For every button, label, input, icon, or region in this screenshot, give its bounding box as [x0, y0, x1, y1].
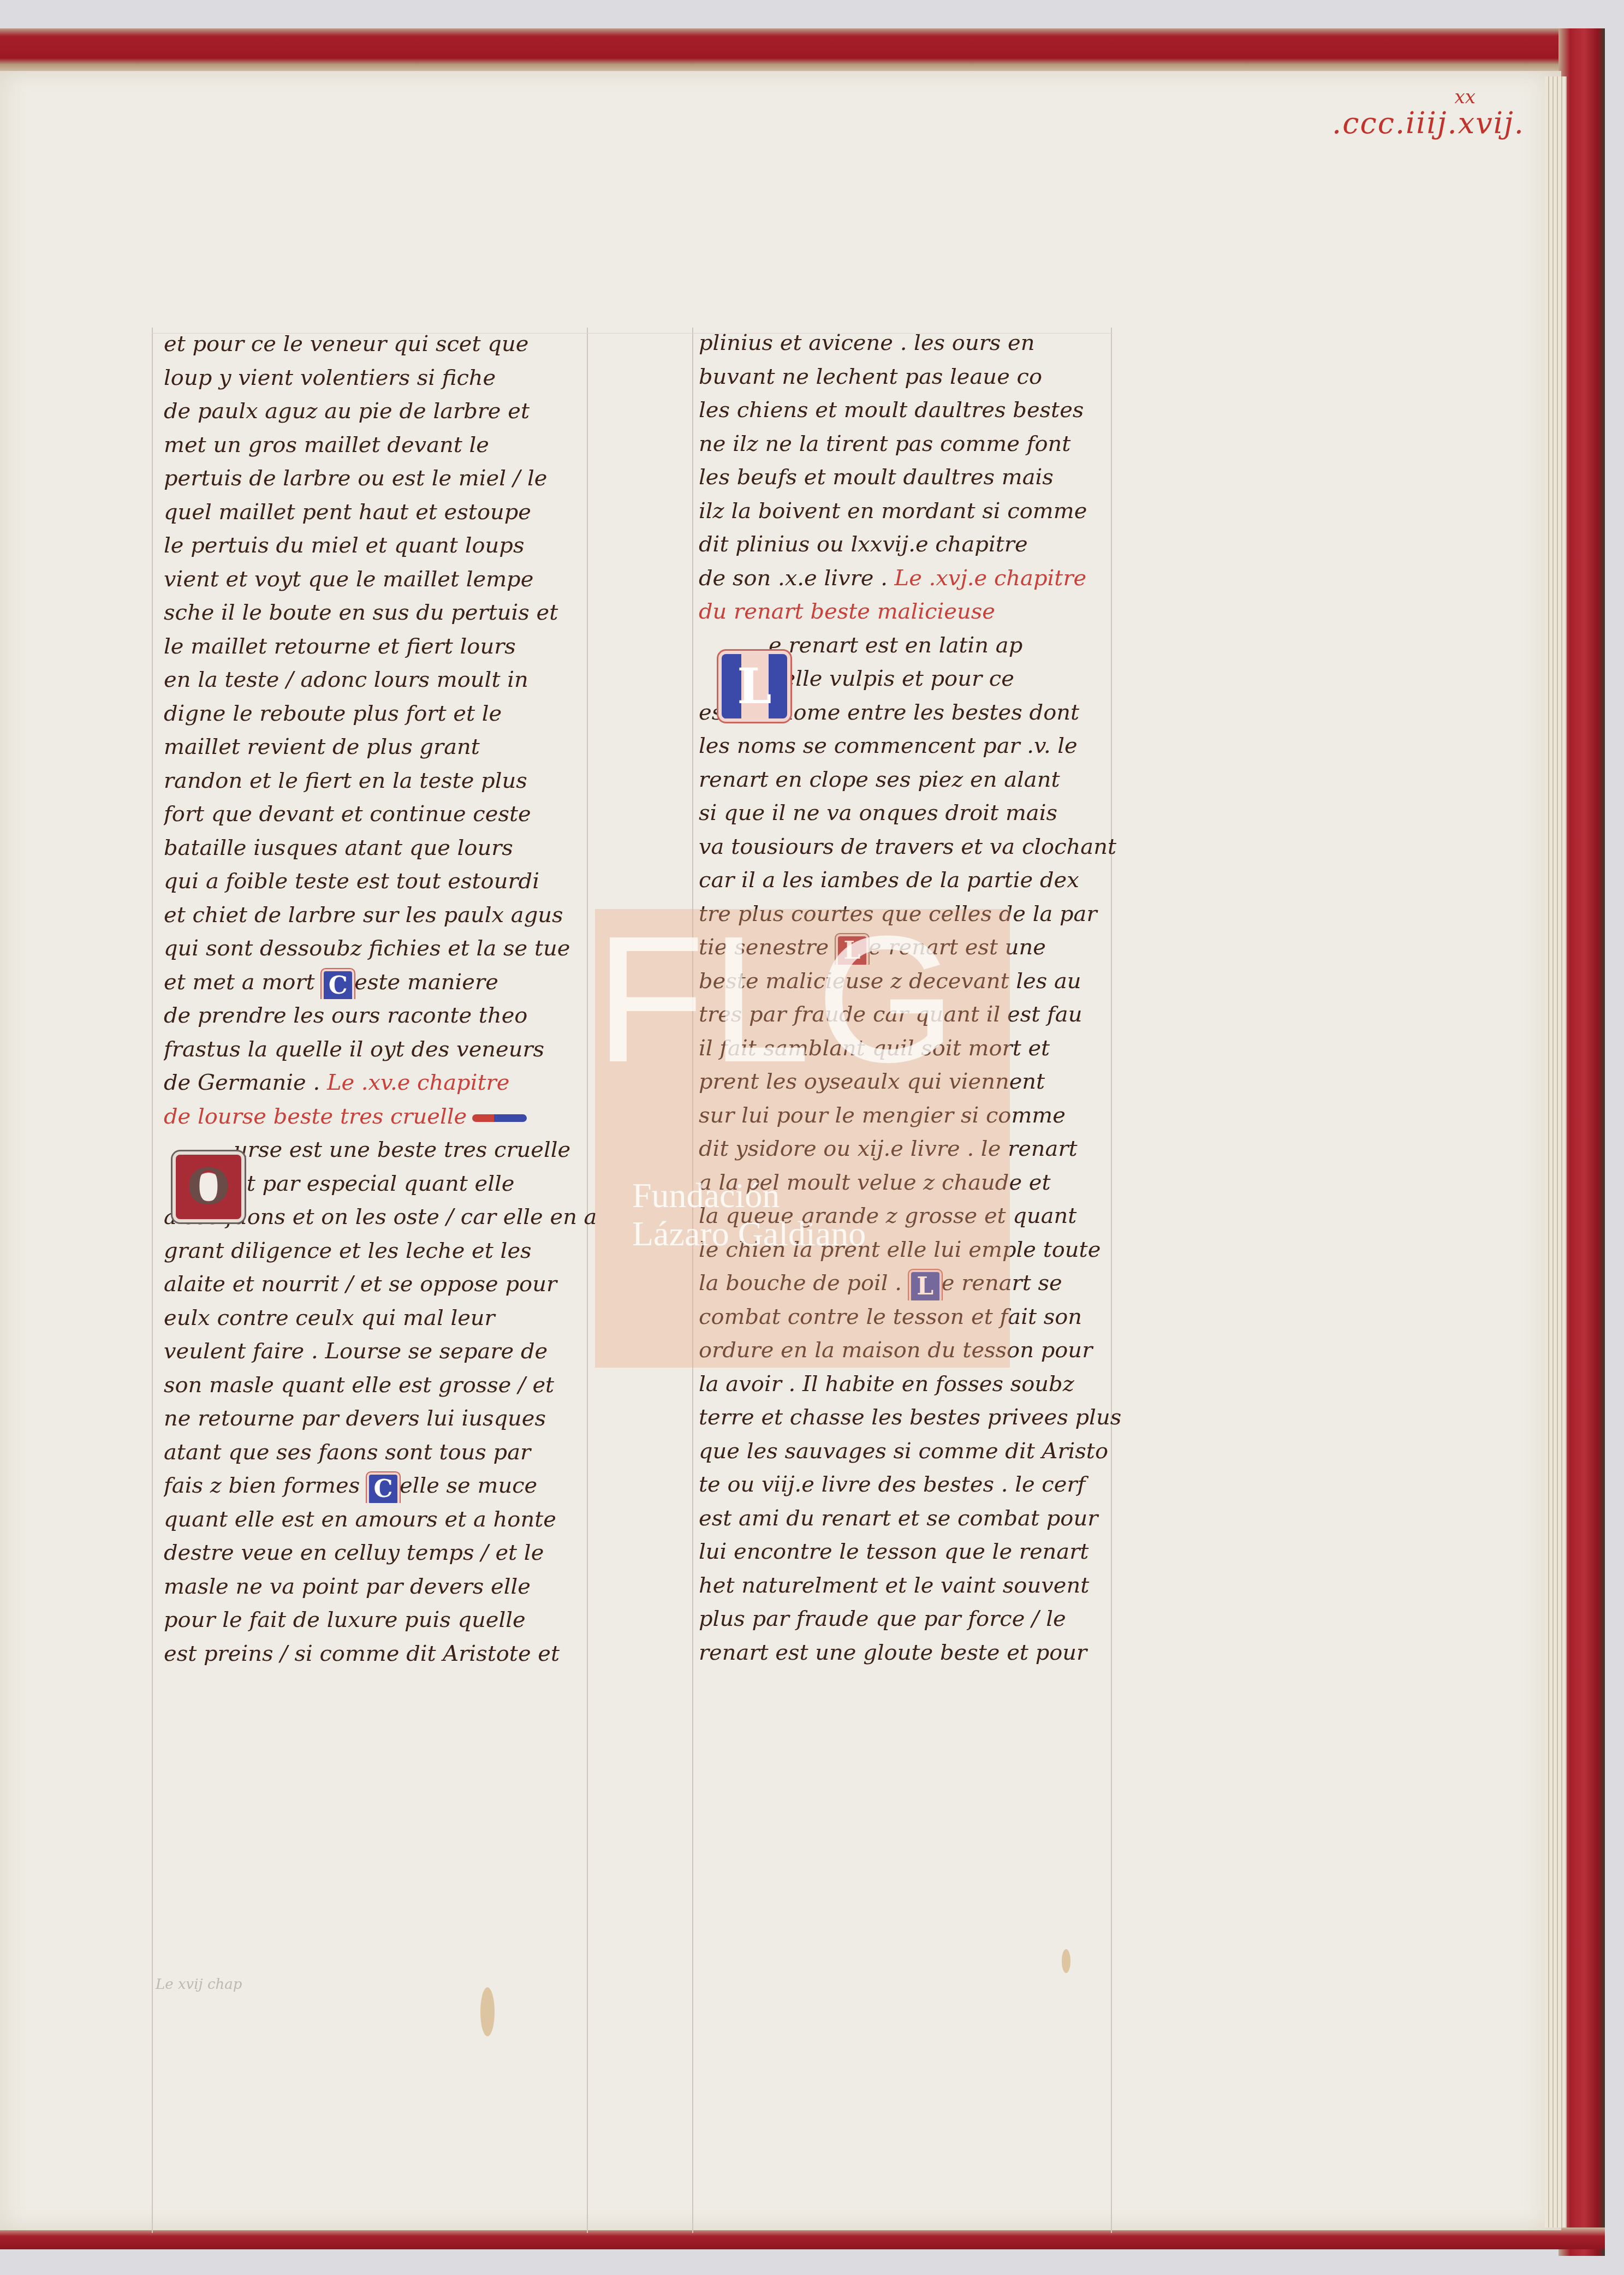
text-line: les noms se commencent par .v. le	[699, 729, 1152, 763]
text-line: grant diligence et les leche et les	[164, 1234, 617, 1268]
text-line: pertuis de larbre ou est le miel / le	[164, 462, 617, 496]
folio-number: xx .ccc.iiij.xvij.	[1332, 87, 1525, 140]
text-segment: fais z bien formes	[164, 1473, 360, 1498]
text-line: destre veue en celluy temps / et le	[164, 1536, 617, 1570]
text-line: eulx contre ceulx qui mal leur	[164, 1302, 617, 1335]
text-line: de paulx aguz au pie de larbre et	[164, 395, 617, 429]
text-line: randon et le fiert en la teste plus	[164, 764, 617, 798]
text-line: qui a foible teste est tout estourdi	[164, 865, 617, 899]
text-segment: e renart se	[942, 1270, 1062, 1296]
text-segment: e renart est une	[868, 935, 1046, 960]
text-line: renart est une gloute beste et pour	[699, 1636, 1152, 1670]
text-line: si que il ne va onques droit mais	[699, 797, 1152, 830]
text-line: dit ysidore ou xij.e livre . le renart	[699, 1132, 1152, 1166]
text-line: frastus la quelle il oyt des veneurs	[164, 1033, 617, 1067]
text-line: vient et voyt que le maillet lempe	[164, 563, 617, 597]
text-line: est preins / si comme dit Aristote et	[164, 1637, 617, 1671]
text-line: fort que devant et continue ceste	[164, 798, 617, 831]
illuminated-initial-o: O	[176, 1155, 241, 1219]
binding-bottom-edge	[0, 2228, 1605, 2249]
folio-superscript: xx	[1332, 87, 1525, 107]
binding-top-edge	[0, 28, 1594, 71]
decorated-initial-c: C	[324, 971, 352, 1000]
chapter-title-rubric: de lourse beste tres cruelle	[164, 1104, 467, 1129]
chapter-title-rubric: du renart beste malicieuse	[699, 599, 995, 624]
text-line: ilz la boivent en mordant si comme	[699, 495, 1152, 528]
text-segment: de son .x.e livre .	[699, 566, 888, 591]
text-line: ne retourne par devers lui iusques	[164, 1402, 617, 1436]
text-line: de prendre les ours raconte theo	[164, 999, 617, 1033]
chapter-rubric: Le .xvj.e chapitre	[895, 566, 1087, 591]
text-line: te ou viij.e livre des bestes . le cerf	[699, 1468, 1152, 1502]
line-filler-ornament	[472, 1114, 527, 1122]
text-line-with-rubric: de Germanie . Le .xv.e chapitre	[164, 1066, 617, 1100]
text-line: tre plus courtes que celles de la par	[699, 898, 1152, 931]
text-line-with-rubric: de son .x.e livre . Le .xvj.e chapitre	[699, 562, 1152, 596]
pencil-annotation: Le xvij chap	[156, 1976, 242, 1993]
text-line: maillet revient de plus grant	[164, 730, 617, 764]
text-line: prent les oyseaulx qui viennent	[699, 1065, 1152, 1099]
chapter-rubric: Le .xv.e chapitre	[327, 1070, 509, 1095]
text-line: et pour ce le veneur qui scet que	[164, 328, 617, 361]
decorated-initial-l: L	[838, 936, 866, 965]
left-text-column: et pour ce le veneur qui scet que loup y…	[164, 328, 617, 1671]
text-line: la avoir . Il habite en fosses soubz	[699, 1368, 1152, 1401]
text-line: bataille iusques atant que lours	[164, 831, 617, 865]
page-edges	[1545, 76, 1567, 2228]
text-line: masle ne va point par devers elle	[164, 1570, 617, 1604]
text-line: sche il le boute en sus du pertuis et	[164, 596, 617, 630]
text-line: renart en clope ses piez en alant	[699, 763, 1152, 797]
text-line: que les sauvages si comme dit Aristo	[699, 1435, 1152, 1469]
ruling-line	[152, 328, 153, 2233]
text-line: et chiet de larbre sur les paulx agus	[164, 899, 617, 932]
stain	[1062, 1949, 1070, 1973]
text-line: va tousiours de travers et va clochant	[699, 830, 1152, 864]
text-line: terre et chasse les bestes privees plus	[699, 1401, 1152, 1435]
text-line-with-initial: la bouche de poil . Le renart se	[699, 1267, 1152, 1300]
text-line: est ami du renart et se combat pour	[699, 1502, 1152, 1536]
text-line: quel maillet pent haut et estoupe	[164, 496, 617, 530]
ruling-line	[692, 328, 693, 2233]
text-line: lui encontre le tesson que le renart	[699, 1535, 1152, 1569]
text-line: qui sont dessoubz fichies et la se tue	[164, 932, 617, 966]
text-line: tres par fraude car quant il est fau	[699, 998, 1152, 1032]
text-segment: este maniere	[354, 970, 498, 995]
text-line: son masle quant elle est grosse / et	[164, 1369, 617, 1403]
text-line: combat contre le tesson et fait son	[699, 1300, 1152, 1334]
text-line: quant elle est en amours et a honte	[164, 1503, 617, 1537]
text-line-with-initial: fais z bien formes Celle se muce	[164, 1469, 617, 1503]
text-line: buvant ne lechent pas leaue co	[699, 360, 1152, 394]
text-line: beste malicieuse z decevant les au	[699, 965, 1152, 999]
decorated-initial-c: C	[369, 1475, 397, 1503]
text-line: met un gros maillet devant le	[164, 429, 617, 462]
text-line: het naturelment et le vaint souvent	[699, 1569, 1152, 1603]
text-line: en la teste / adonc lours moult in	[164, 663, 617, 697]
text-line: la queue grande z grosse et quant	[699, 1199, 1152, 1233]
text-line: car il a les iambes de la partie dex	[699, 864, 1152, 898]
text-line: ne ilz ne la tirent pas comme font	[699, 427, 1152, 461]
rubric-line: du renart beste malicieuse	[699, 595, 1152, 629]
text-line: le maillet retourne et fiert lours	[164, 630, 617, 664]
text-line: les chiens et moult daultres bestes	[699, 394, 1152, 427]
text-line: a la pel moult velue z chaude et	[699, 1166, 1152, 1200]
text-line: le pertuis du miel et quant loups	[164, 529, 617, 563]
illuminated-initial-l: L	[722, 654, 787, 718]
text-line: alaite et nourrit / et se oppose pour	[164, 1268, 617, 1302]
text-line-with-initial: et met a mort Ceste maniere	[164, 966, 617, 1000]
text-line: veulent faire . Lourse se separe de	[164, 1335, 617, 1369]
text-line: dit plinius ou lxxvij.e chapitre	[699, 528, 1152, 562]
text-segment: et met a mort	[164, 970, 315, 995]
rubric-line: de lourse beste tres cruelle	[164, 1100, 617, 1134]
text-line: les beufs et moult daultres mais	[699, 461, 1152, 495]
text-segment: tie senestre	[699, 935, 829, 960]
stain	[480, 1987, 495, 2036]
right-text-column: plinius et avicene . les ours en buvant …	[699, 326, 1152, 1670]
text-line: sur lui pour le mengier si comme	[699, 1099, 1152, 1133]
text-line: loup y vient volentiers si fiche	[164, 361, 617, 395]
text-line: plus par fraude que par force / le	[699, 1602, 1152, 1636]
decorated-initial-l: L	[911, 1272, 939, 1300]
text-line: atant que ses faons sont tous par	[164, 1436, 617, 1470]
text-segment: elle se muce	[400, 1473, 537, 1498]
text-line: il fait samblant quil soit mort et	[699, 1032, 1152, 1066]
text-line: le chien la prent elle lui emple toute	[699, 1233, 1152, 1267]
text-line: digne le reboute plus fort et le	[164, 697, 617, 731]
text-segment: la bouche de poil .	[699, 1270, 902, 1296]
text-segment: de Germanie .	[164, 1070, 320, 1095]
folio-numeral: .ccc.iiij.xvij.	[1332, 107, 1525, 140]
text-line: plinius et avicene . les ours en	[699, 326, 1152, 360]
text-line: ordure en la maison du tesson pour	[699, 1334, 1152, 1368]
text-line-with-initial: tie senestre Le renart est une	[699, 931, 1152, 965]
text-line: pour le fait de luxure puis quelle	[164, 1603, 617, 1637]
